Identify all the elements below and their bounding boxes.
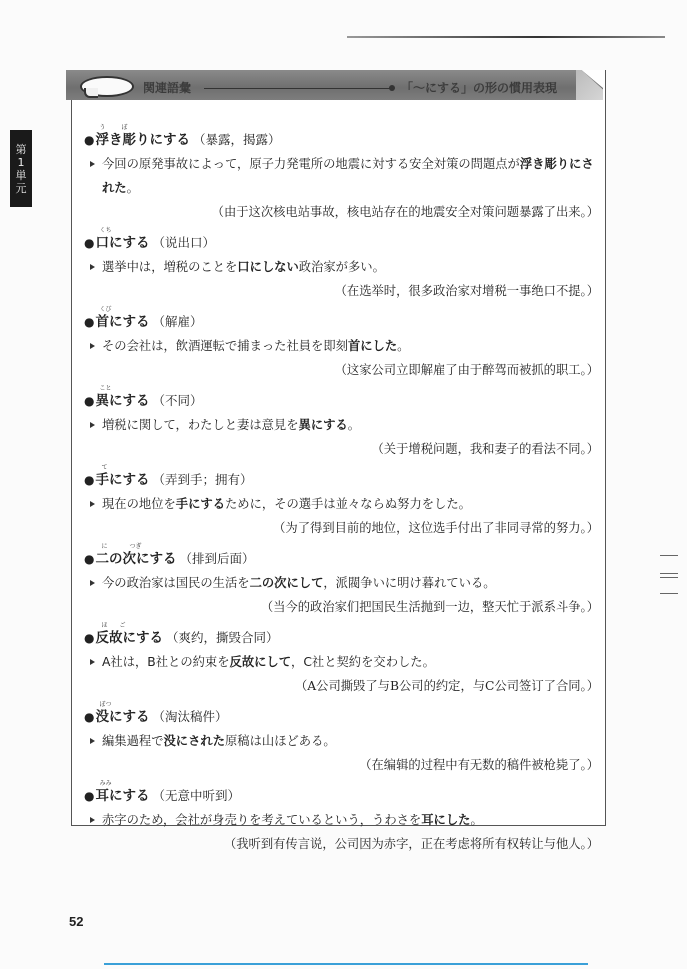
vocabulary-entry: ●ぼつ没にする（淘汰稿件）編集過程で没にされた原稿は山ほどある。（在编辑的过程中…: [84, 705, 599, 777]
top-rule: [347, 36, 665, 38]
example-highlight: 二の次にして: [250, 576, 324, 590]
example-text: 。: [348, 418, 360, 432]
example-sentence: 赤字のため，会社が身売りを考えているという，うわさを耳にした。: [84, 808, 599, 832]
example-text: 編集過程で: [102, 734, 164, 748]
example-text: 政治家が多い。: [299, 260, 385, 274]
furigana: こと: [99, 385, 111, 393]
header-connector-dot: [389, 85, 395, 91]
term: 反故にする: [95, 630, 163, 646]
chinese-translation: （我听到有传言说，公司因为赤字，正在考虑将所有权转让与他人。）: [84, 832, 599, 856]
term: 二の次にする: [95, 551, 176, 567]
header-connector-line: [204, 88, 390, 89]
margin-marks: [660, 380, 680, 600]
bullet-dot-icon: ●: [84, 133, 94, 147]
vocabulary-entry: ●くび首にする（解雇）その会社は，飲酒運転で捕まった社員を即刻首にした。（这家公…: [84, 310, 599, 382]
triangle-bullet-icon: [90, 343, 95, 349]
vocabulary-entry: ●うぼ浮き彫りにする（暴露，揭露）今回の原発事故によって，原子力発電所の地震に対…: [84, 128, 599, 224]
side-tab-char: 第: [16, 143, 27, 156]
vocabulary-entry: ●くち口にする（说出口）選挙中は，増税のことを口にしない政治家が多い。（在选举时…: [84, 231, 599, 303]
term-meaning: （淘汰稿件）: [152, 709, 227, 724]
term-line: ●ぼつ没にする（淘汰稿件）: [84, 705, 599, 729]
vocabulary-entry: ●こと異にする（不同）増税に関して，わたしと妻は意見を異にする。（关于增税问题，…: [84, 389, 599, 461]
term: 耳にする: [95, 788, 149, 804]
chinese-translation: （这家公司立即解雇了由于醉驾而被抓的职工。）: [84, 358, 599, 382]
term-wrapper: て手にする: [95, 472, 149, 488]
bullet-dot-icon: ●: [84, 552, 94, 566]
example-sentence: 今回の原発事故によって，原子力発電所の地震に対する安全対策の問題点が浮き彫りにさ…: [84, 152, 599, 200]
speech-bubble-tail-icon: [84, 88, 98, 98]
vocabulary-entry: ●て手にする（弄到手；拥有）現在の地位を手にするために，その選手は並々ならぬ努力…: [84, 468, 599, 540]
term: 異にする: [95, 393, 149, 409]
example-highlight: 反故にして: [230, 655, 292, 669]
example-text: ，派閥争いに明け暮れている。: [323, 576, 495, 590]
term-line: ●くび首にする（解雇）: [84, 310, 599, 334]
unit-side-tab: 第 1 単 元: [10, 130, 32, 207]
side-tab-char: 単: [16, 169, 27, 182]
term: 浮き彫りにする: [95, 132, 190, 148]
term-wrapper: ほご反故にする: [95, 630, 163, 646]
furigana: ほ: [101, 622, 107, 630]
term-meaning: （解雇）: [152, 314, 202, 329]
example-text: 選挙中は，増税のことを: [102, 260, 237, 274]
example-highlight: 手にする: [176, 497, 225, 511]
triangle-bullet-icon: [90, 501, 95, 507]
term-wrapper: うぼ浮き彫りにする: [95, 132, 190, 148]
furigana: つぎ: [129, 543, 141, 551]
bullet-dot-icon: ●: [84, 473, 94, 487]
furigana: くび: [99, 306, 111, 314]
vocabulary-entry: ●ほご反故にする（爽约，撕毁合同）A社は，B社との約束を反故にして，C社と契約を…: [84, 626, 599, 698]
example-text: 。: [397, 339, 409, 353]
chinese-translation: （由于这次核电站事故，核电站存在的地震安全对策问题暴露了出来。）: [84, 200, 599, 224]
term-meaning: （爽约，撕毁合同）: [166, 630, 279, 645]
furigana: に: [101, 543, 107, 551]
bullet-dot-icon: ●: [84, 710, 94, 724]
side-tab-char: 1: [18, 156, 25, 169]
term-wrapper: くち口にする: [95, 235, 149, 251]
example-text: 現在の地位を: [102, 497, 176, 511]
term-line: ●ほご反故にする（爽约，撕毁合同）: [84, 626, 599, 650]
section-title: 「～にする」の形の慣用表現: [401, 79, 557, 96]
furigana: う: [99, 124, 105, 132]
example-sentence: 現在の地位を手にするために，その選手は並々ならぬ努力をした。: [84, 492, 599, 516]
term-meaning: （暴露，揭露）: [193, 132, 281, 147]
example-text: 。: [127, 181, 139, 195]
example-sentence: 今の政治家は国民の生活を二の次にして，派閥争いに明け暮れている。: [84, 571, 599, 595]
furigana: て: [101, 464, 107, 472]
example-highlight: 異にする: [299, 418, 348, 432]
chinese-translation: （关于增税问题，我和妻子的看法不同。）: [84, 437, 599, 461]
furigana: ぼ: [121, 124, 127, 132]
term-wrapper: くび首にする: [95, 314, 149, 330]
term-meaning: （排到后面）: [179, 551, 254, 566]
example-highlight: 耳にした: [421, 813, 470, 827]
example-text: ために，その選手は並々ならぬ努力をした。: [225, 497, 471, 511]
side-tab-char: 元: [16, 182, 27, 195]
term-wrapper: につぎ二の次にする: [95, 551, 176, 567]
example-text: その会社は，飲酒運転で捕まった社員を即刻: [102, 339, 348, 353]
example-highlight: 首にした: [348, 339, 397, 353]
example-highlight: 口にしない: [237, 260, 299, 274]
chinese-translation: （A公司撕毁了与B公司的约定，与C公司签订了合同。）: [84, 674, 599, 698]
furigana: ご: [119, 622, 125, 630]
example-sentence: その会社は，飲酒運転で捕まった社員を即刻首にした。: [84, 334, 599, 358]
triangle-bullet-icon: [90, 738, 95, 744]
term-meaning: （说出口）: [152, 235, 215, 250]
example-sentence: 増税に関して，わたしと妻は意見を異にする。: [84, 413, 599, 437]
example-text: 今の政治家は国民の生活を: [102, 576, 250, 590]
bottom-rule: [104, 963, 588, 965]
example-sentence: 編集過程で没にされた原稿は山ほどある。: [84, 729, 599, 753]
triangle-bullet-icon: [90, 161, 95, 167]
chinese-translation: （在选举时，很多政治家对增税一事绝口不提。）: [84, 279, 599, 303]
example-text: 原稿は山ほどある。: [225, 734, 336, 748]
page-number: 52: [69, 914, 83, 929]
term: 口にする: [95, 235, 149, 251]
triangle-bullet-icon: [90, 264, 95, 270]
term-wrapper: みみ耳にする: [95, 788, 149, 804]
bullet-dot-icon: ●: [84, 631, 94, 645]
term-meaning: （不同）: [152, 393, 202, 408]
example-sentence: A社は，B社との約束を反故にして，C社と契約を交わした。: [84, 650, 599, 674]
bullet-dot-icon: ●: [84, 236, 94, 250]
example-highlight: 没にされた: [164, 734, 226, 748]
term: 手にする: [95, 472, 149, 488]
chinese-translation: （当今的政治家们把国民生活抛到一边，整天忙于派系斗争。）: [84, 595, 599, 619]
term-wrapper: ぼつ没にする: [95, 709, 149, 725]
bullet-dot-icon: ●: [84, 789, 94, 803]
example-text: 今回の原発事故によって，原子力発電所の地震に対する安全対策の問題点が: [102, 157, 520, 171]
term-line: ●うぼ浮き彫りにする（暴露，揭露）: [84, 128, 599, 152]
triangle-bullet-icon: [90, 659, 95, 665]
term-meaning: （无意中听到）: [152, 788, 240, 803]
example-text: ，C社と契約を交わした。: [291, 655, 435, 669]
example-text: 赤字のため，会社が身売りを考えているという，うわさを: [102, 813, 421, 827]
term-line: ●みみ耳にする（无意中听到）: [84, 784, 599, 808]
furigana: くち: [99, 227, 111, 235]
example-text: 増税に関して，わたしと妻は意見を: [102, 418, 299, 432]
example-text: 。: [470, 813, 482, 827]
furigana: ぼつ: [99, 701, 111, 709]
term-line: ●こと異にする（不同）: [84, 389, 599, 413]
example-sentence: 選挙中は，増税のことを口にしない政治家が多い。: [84, 255, 599, 279]
bullet-dot-icon: ●: [84, 315, 94, 329]
triangle-bullet-icon: [90, 422, 95, 428]
bullet-dot-icon: ●: [84, 394, 94, 408]
triangle-bullet-icon: [90, 817, 95, 823]
vocabulary-list: ●うぼ浮き彫りにする（暴露，揭露）今回の原発事故によって，原子力発電所の地震に対…: [84, 128, 599, 863]
term-wrapper: こと異にする: [95, 393, 149, 409]
example-text: A社は，B社との約束を: [102, 655, 230, 669]
vocabulary-entry: ●につぎ二の次にする（排到后面）今の政治家は国民の生活を二の次にして，派閥争いに…: [84, 547, 599, 619]
furigana: みみ: [99, 780, 111, 788]
triangle-bullet-icon: [90, 580, 95, 586]
chinese-translation: （在编辑的过程中有无数的稿件被枪毙了。）: [84, 753, 599, 777]
term-line: ●くち口にする（说出口）: [84, 231, 599, 255]
term-line: ●て手にする（弄到手；拥有）: [84, 468, 599, 492]
term-meaning: （弄到手；拥有）: [152, 472, 252, 487]
section-category-label: 関連語彙: [143, 79, 191, 96]
chinese-translation: （为了得到目前的地位，这位选手付出了非同寻常的努力。）: [84, 516, 599, 540]
term-line: ●につぎ二の次にする（排到后面）: [84, 547, 599, 571]
vocabulary-entry: ●みみ耳にする（无意中听到）赤字のため，会社が身売りを考えているという，うわさを…: [84, 784, 599, 856]
term: 没にする: [95, 709, 149, 725]
term: 首にする: [95, 314, 149, 330]
